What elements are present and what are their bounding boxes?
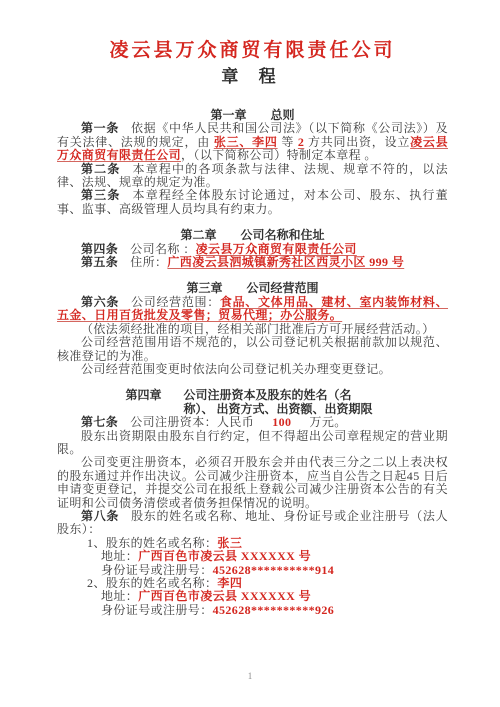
article-6: 第六条公司经营范围：食品、文体用品、建材、室内装饰材料、五金、日用百货批发及零售… bbox=[57, 296, 448, 323]
address-label: 地址： bbox=[101, 549, 138, 563]
article-5-label: 第五条 bbox=[81, 255, 118, 269]
list-index: 1、 bbox=[87, 536, 106, 550]
charter-document-page: 凌云县万众商贸有限责任公司 章 程 第一章 总则 第一条依据《中华人民共和国公司… bbox=[0, 0, 500, 707]
article-2: 第二条本章程中的各项条款与法律、法规、规章不符的，以法律、法规、规章的规定为准。 bbox=[57, 163, 448, 190]
shareholder-1-id: 452628**********914 bbox=[213, 563, 335, 577]
article-5-text: 住所： bbox=[130, 255, 167, 269]
article-1-text: 等 bbox=[278, 135, 298, 149]
company-address-fill: 广西凌云县泗城镇新秀社区西灵小区 999 号 bbox=[167, 255, 404, 269]
name-label: 股东的姓名或名称： bbox=[106, 576, 218, 590]
article-7: 第七条公司注册资本：人民币100万元。 bbox=[57, 416, 448, 429]
article-6-text: 公司经营范围： bbox=[131, 295, 220, 309]
article-1-text: 方共同出资，设立 bbox=[304, 135, 410, 149]
article-5: 第五条住所：广西凌云县泗城镇新秀社区西灵小区 999 号 bbox=[57, 256, 448, 269]
capital-change-clause: 公司变更注册资本，必须召开股东会并由代表三分之二以上表决权的股东通过并作出决议。… bbox=[57, 456, 448, 510]
shareholder-2-id-row: 身份证号或注册号：452628**********926 bbox=[57, 604, 448, 617]
chapter-4-label: 第四章 bbox=[125, 389, 161, 416]
shareholder-1-address-row: 地址：广西百色市凌云县 XXXXXX 号 bbox=[57, 550, 448, 563]
article-3: 第三条本章程经全体股东讨论通过，对本公司、股东、执行董事、监事、高级管理人员均具… bbox=[57, 189, 448, 216]
list-index: 2、 bbox=[87, 576, 106, 590]
shareholder-2-address: 广西百色市凌云县 XXXXXX 号 bbox=[138, 589, 311, 603]
shareholder-1-name: 张三 bbox=[217, 536, 242, 550]
address-label: 地址： bbox=[101, 589, 138, 603]
article-8: 第八条股东的姓名或名称、地址、身份证号或企业注册号（法人股东）： bbox=[57, 510, 448, 537]
name-label: 股东的姓名或名称： bbox=[106, 536, 218, 550]
article-1-text: ，（以下简称公司）特制定本章程 。 bbox=[181, 148, 377, 162]
company-title: 凌云县万众商贸有限责任公司 bbox=[57, 40, 448, 62]
article-6-label: 第六条 bbox=[81, 295, 119, 309]
article-7-text: 万元。 bbox=[309, 415, 346, 429]
article-2-label: 第二条 bbox=[81, 162, 121, 176]
chapter-4-title: 公司注册资本及股东的姓名（名称）、 出资方式、出资额、出资期限 bbox=[184, 389, 380, 416]
shareholder-2-address-row: 地址：广西百色市凌云县 XXXXXX 号 bbox=[57, 590, 448, 603]
article-4-text: 公司名称 ： bbox=[130, 242, 195, 256]
article-3-label: 第三条 bbox=[81, 188, 121, 202]
charter-subtitle: 章 程 bbox=[57, 67, 448, 87]
shareholder-1-id-row: 身份证号或注册号：452628**********914 bbox=[57, 564, 448, 577]
shareholder-2-id: 452628**********926 bbox=[213, 603, 335, 617]
page-number: 1 bbox=[0, 671, 500, 681]
chapter-3-heading: 第三章 公司经营范围 bbox=[57, 282, 448, 295]
company-name-fill: 凌云县万众商贸有限责任公司 bbox=[196, 242, 357, 256]
article-7-text: 公司注册资本：人民币 bbox=[130, 415, 254, 429]
id-label: 身份证号或注册号： bbox=[101, 603, 213, 617]
business-scope-change-clause: 公司经营范围变更时依法向公司登记机关办理变更登记。 bbox=[57, 363, 448, 376]
chapter-2-heading: 第二章 公司名称和住址 bbox=[57, 229, 448, 242]
article-1-label: 第一条 bbox=[81, 121, 119, 135]
article-8-label: 第八条 bbox=[81, 509, 119, 523]
chapter-4-heading: 第四章 公司注册资本及股东的姓名（名称）、 出资方式、出资额、出资期限 bbox=[57, 389, 448, 416]
article-1: 第一条依据《中华人民共和国公司法》（以下简称《公司法》）及有关法律、法规的规定，… bbox=[57, 122, 448, 162]
article-7-label: 第七条 bbox=[81, 415, 118, 429]
business-scope-clause: 公司经营范围用语不规范的，以公司登记机关根据前款加以规范、核准登记的为准。 bbox=[57, 336, 448, 363]
capital-term-clause: 股东出资期限由股东自行约定，但不得超出公司章程规定的营业期限。 bbox=[57, 430, 448, 457]
registered-capital-fill: 100 bbox=[272, 415, 291, 429]
article-4-label: 第四条 bbox=[81, 242, 118, 256]
shareholder-names-fill: 张三、李四 bbox=[214, 135, 278, 149]
shareholder-1-address: 广西百色市凌云县 XXXXXX 号 bbox=[138, 549, 311, 563]
shareholder-2-name: 李四 bbox=[217, 576, 242, 590]
id-label: 身份证号或注册号： bbox=[101, 563, 213, 577]
